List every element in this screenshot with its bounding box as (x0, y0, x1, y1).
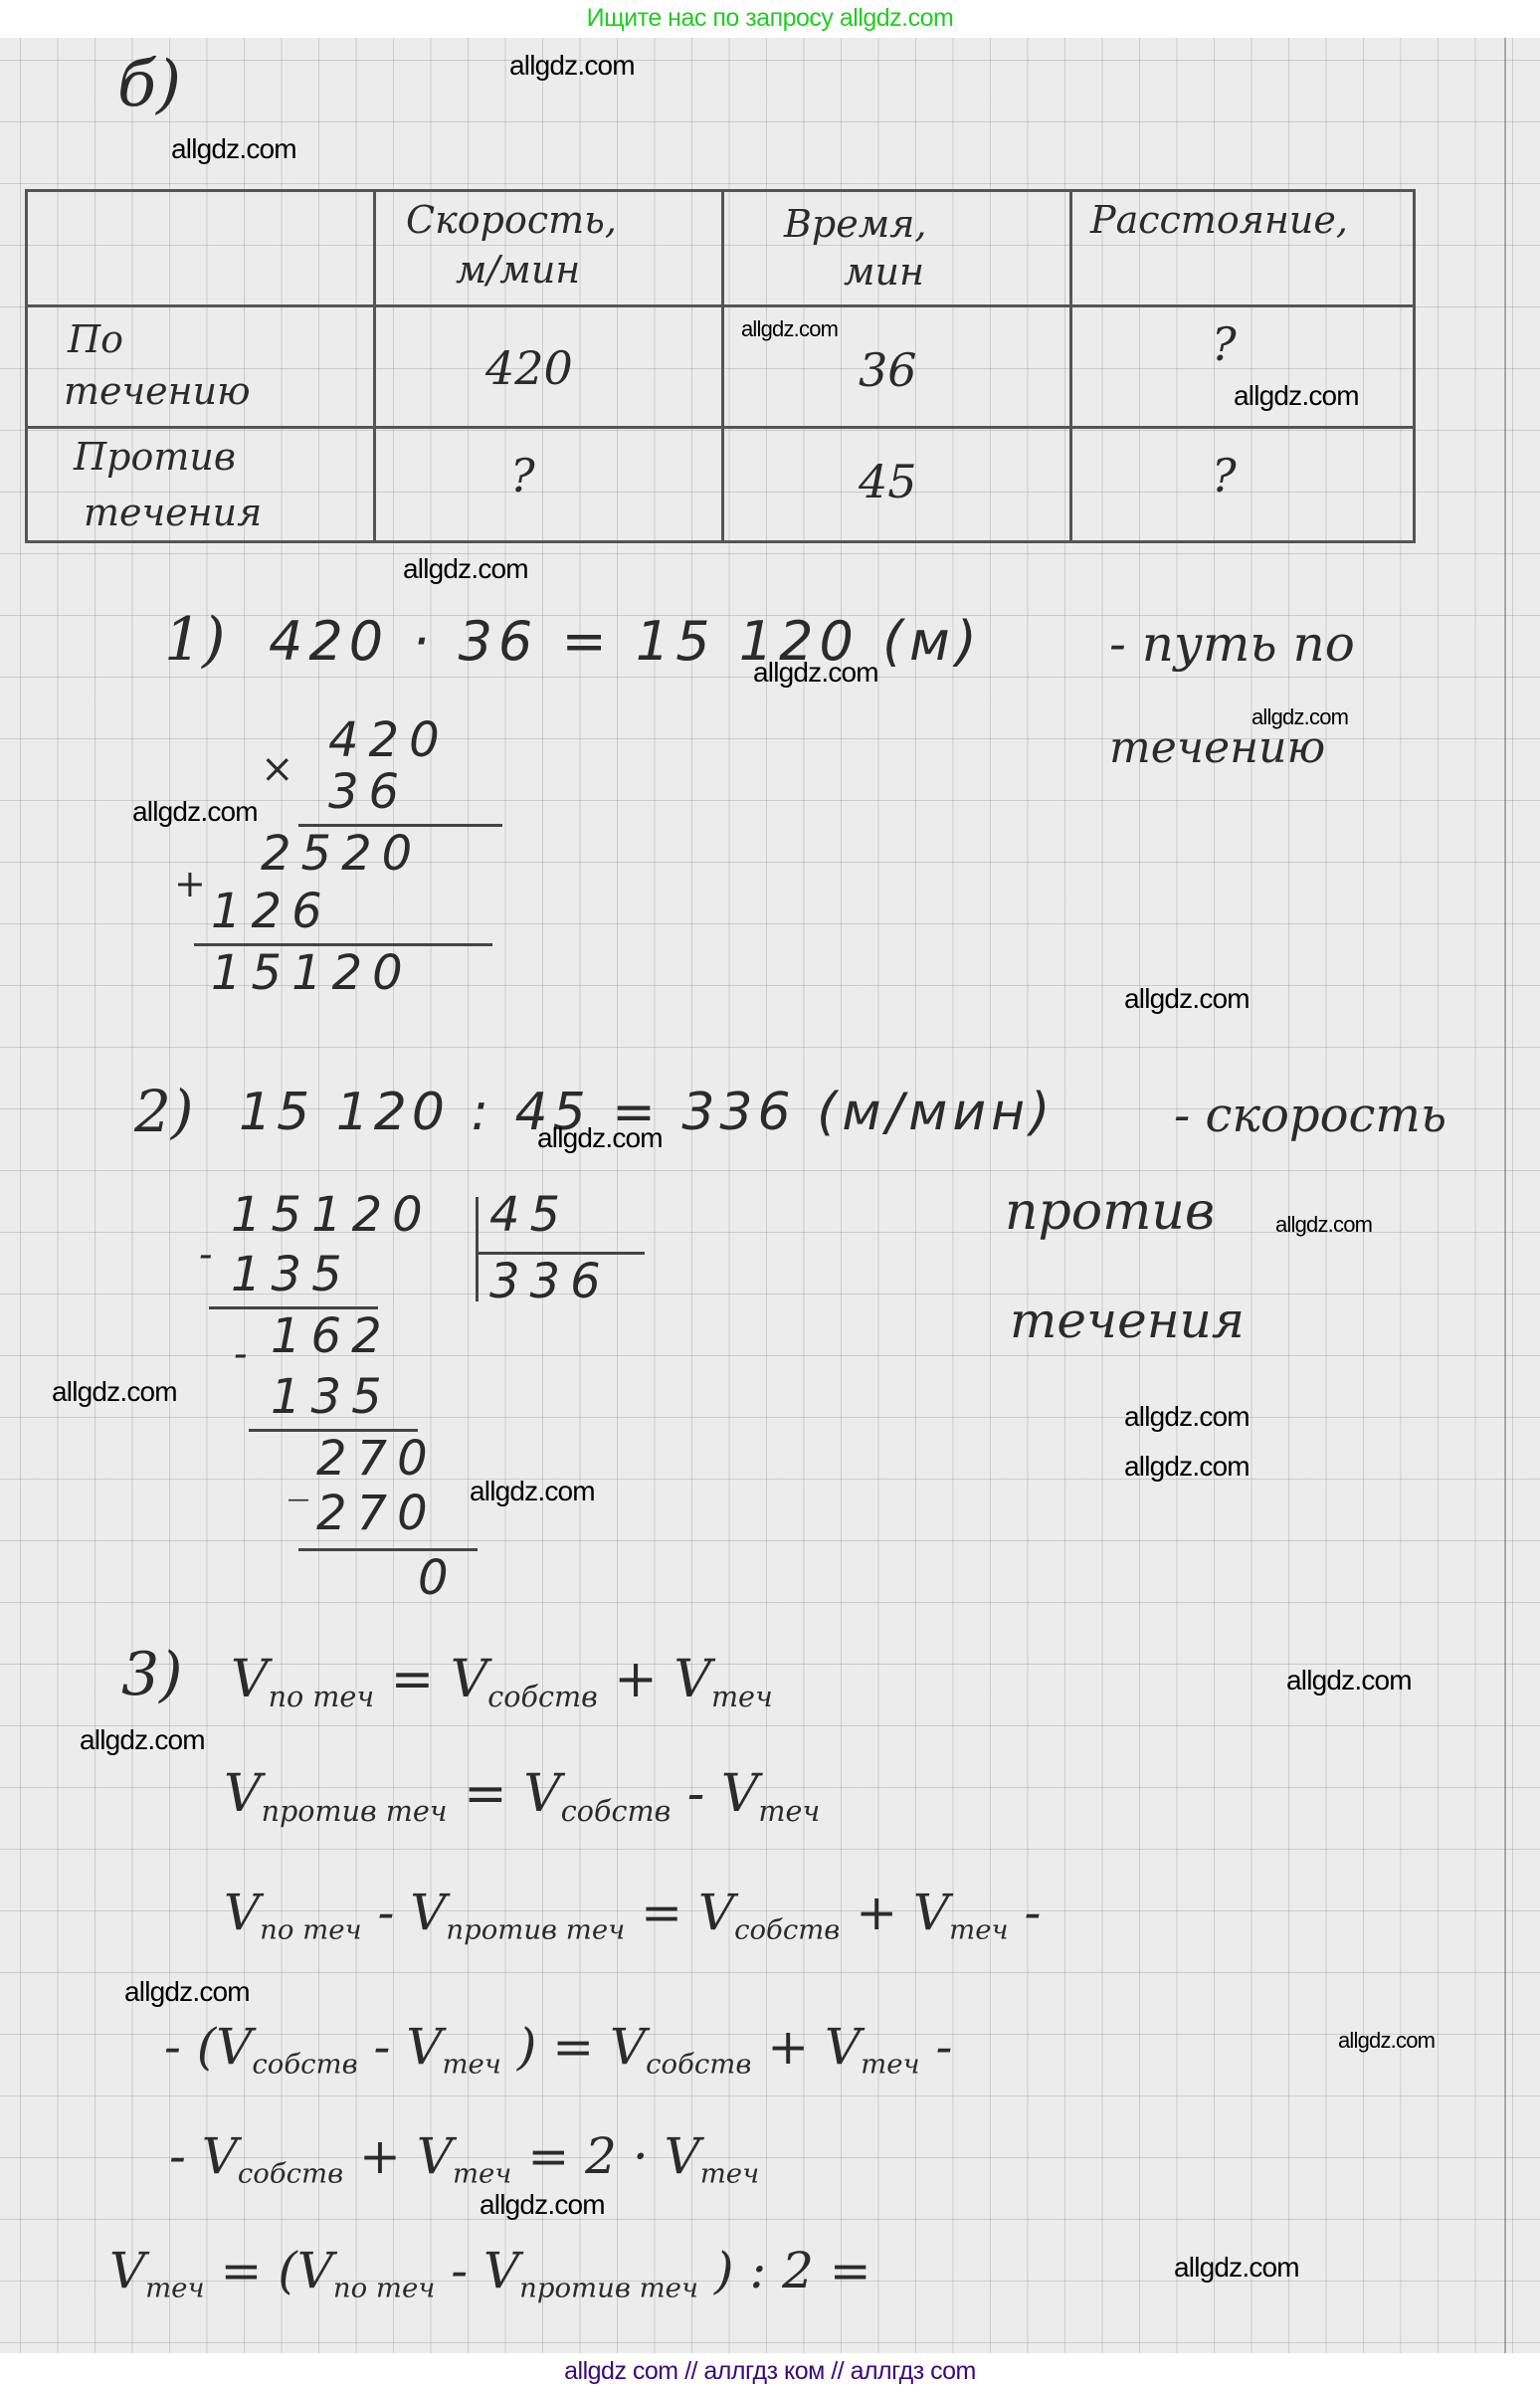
formula-line1: Vпо теч = Vсобств + Vтеч (231, 1650, 773, 1713)
step2-comment-line3: течения (1010, 1292, 1245, 1349)
division-subtrahend: 135 (271, 1369, 392, 1425)
time-value: 45 (859, 455, 917, 508)
step1-number: 1) (164, 605, 226, 675)
watermark: allgdz.com (1124, 1451, 1250, 1483)
division-bar (476, 1197, 479, 1301)
formula-line6: Vтеч = (Vпо теч - Vпротив теч ) : 2 = (109, 2242, 871, 2304)
term: + V (359, 2127, 453, 2185)
table-header-speed: Скорость, м/мин (376, 192, 724, 307)
header-time-line1: Время, (784, 202, 926, 246)
subscript: теч (758, 1794, 820, 1828)
watermark: allgdz.com (80, 1724, 205, 1756)
subscript: собств (561, 1794, 671, 1828)
subscript: теч (700, 2158, 759, 2190)
mult-partial2: 126 (211, 884, 332, 939)
row-label-line1: Против (74, 435, 236, 479)
step1-comment-line1: - путь по (1109, 615, 1355, 673)
mult-plus-sign: + (174, 862, 206, 905)
speed-value: ? (510, 449, 535, 502)
header-time-line2: мин (844, 250, 924, 294)
subscript: по теч (333, 2273, 435, 2304)
watermark: allgdz.com (132, 796, 258, 828)
watermark: allgdz.com (124, 1976, 250, 2008)
subscript: собств (487, 1680, 597, 1713)
term: - (V (164, 2018, 252, 2076)
term: - V (377, 1884, 446, 1941)
term: - V (169, 2127, 238, 2185)
subscript: теч (949, 1914, 1008, 1946)
term: - (936, 2018, 953, 2076)
term: ) = V (517, 2018, 646, 2076)
equals-v: = V (464, 1764, 561, 1824)
watermark: allgdz.com (1124, 983, 1250, 1015)
equals-v: = V (391, 1650, 488, 1709)
distance-value: ? (1212, 449, 1237, 502)
formula-line2: Vпротив теч = Vсобств - Vтеч (224, 1764, 820, 1828)
term: - V (451, 2242, 519, 2299)
step2-comment-line1: - скорость (1174, 1088, 1446, 1143)
term: ) : 2 = (714, 2242, 871, 2299)
division-subtrahend: 135 (231, 1247, 352, 1302)
formula-line5: - Vсобств + Vтеч = 2 · Vтеч (169, 2127, 759, 2190)
mult-partial1: 2520 (261, 826, 422, 882)
step2-comment-line2: против (1005, 1182, 1215, 1242)
row-label-upstream: Против течения (28, 429, 376, 540)
watermark: allgdz.com (741, 316, 838, 342)
cell-speed-downstream: 420 (376, 307, 724, 429)
division-quotient: 336 (489, 1254, 611, 1309)
table-header-distance: Расстояние, (1072, 192, 1413, 307)
row-label-downstream: По течению (28, 307, 376, 429)
row-label-line2: течения (84, 491, 262, 534)
subscript: теч (861, 2049, 919, 2081)
cell-speed-upstream: ? (376, 429, 724, 540)
division-remainder: 0 (418, 1550, 459, 1606)
subscript: собств (238, 2158, 343, 2190)
mult-result: 15120 (211, 945, 413, 1001)
step3-number: 3) (121, 1640, 183, 1709)
step2-number: 2) (134, 1078, 194, 1145)
speed-value: 420 (485, 341, 573, 395)
row-label-line1: По (68, 317, 123, 361)
subscript: собств (252, 2049, 357, 2081)
subscript: теч (442, 2049, 500, 2081)
top-banner: Ищите нас по запросу allgdz.com (0, 0, 1540, 38)
term: + V (856, 1884, 949, 1941)
term: V (224, 1884, 260, 1941)
division-remainder: 270 (316, 1431, 438, 1487)
term: = (V (220, 2242, 332, 2299)
header-speed-line1: Скорость, (406, 198, 617, 242)
watermark: allgdz.com (171, 133, 296, 165)
mult-top: 420 (328, 712, 450, 768)
mult-bottom: 36 (328, 764, 409, 820)
watermark: allgdz.com (537, 1122, 663, 1154)
term: V (109, 2242, 145, 2299)
plus-v: + V (614, 1650, 711, 1709)
subscript: по теч (269, 1680, 375, 1713)
time-value: 36 (859, 343, 917, 397)
watermark: allgdz.com (1251, 704, 1348, 730)
header-distance-line1: Расстояние, (1090, 198, 1348, 242)
cell-time-upstream: 45 (724, 429, 1072, 540)
header-speed-line2: м/мин (456, 248, 580, 292)
division-subtrahend: 270 (316, 1486, 438, 1541)
watermark: allgdz.com (1286, 1665, 1412, 1696)
minus-v: - V (687, 1764, 759, 1824)
subscript: теч (145, 2273, 204, 2304)
watermark: allgdz.com (753, 657, 878, 689)
minus-sign: _ (289, 1456, 308, 1501)
term: - (1025, 1884, 1042, 1941)
table-header-time: Время, мин (724, 192, 1072, 307)
watermark: allgdz.com (1124, 1401, 1250, 1433)
cell-distance-upstream: ? (1072, 429, 1413, 540)
watermark: allgdz.com (403, 553, 528, 585)
minus-sign: - (234, 1331, 248, 1377)
subscript: собств (734, 1914, 840, 1946)
notebook-page: б) allgdz.com allgdz.com Скорость, м/мин… (0, 38, 1540, 2353)
v-symbol: V (231, 1650, 269, 1709)
term: - V (374, 2018, 443, 2076)
division-divisor: 45 (489, 1187, 570, 1243)
term: = 2 · V (527, 2127, 699, 2185)
watermark: allgdz.com (1174, 2252, 1299, 2284)
watermark: allgdz.com (1234, 380, 1359, 412)
division-dividend: 15120 (231, 1187, 433, 1243)
term: = V (641, 1884, 734, 1941)
subscript: против теч (446, 1914, 625, 1946)
watermark: allgdz.com (509, 50, 635, 82)
watermark: allgdz.com (470, 1476, 595, 1507)
watermark: allgdz.com (1338, 2028, 1435, 2054)
subscript: теч (711, 1680, 773, 1713)
formula-line4: - (Vсобств - Vтеч ) = Vсобств + Vтеч - (164, 2018, 952, 2081)
mult-sign: × (261, 746, 294, 792)
watermark: allgdz.com (1275, 1212, 1372, 1238)
data-table: Скорость, м/мин Время, мин Расстояние, П… (25, 189, 1416, 543)
minus-sign: - (199, 1232, 213, 1278)
bottom-banner: allgdz com // аллгдз ком // аллгдз com (0, 2353, 1540, 2391)
table-header-empty (28, 192, 376, 307)
part-label: б) (117, 48, 181, 121)
watermark: allgdz.com (52, 1376, 177, 1408)
margin-line (1504, 38, 1506, 2353)
formula-line3: Vпо теч - Vпротив теч = Vсобств + Vтеч - (224, 1884, 1041, 1946)
subscript: собств (646, 2049, 751, 2081)
v-symbol: V (224, 1764, 262, 1824)
distance-value: ? (1212, 317, 1237, 371)
division-remainder: 162 (271, 1308, 392, 1364)
subscript: против теч (519, 2273, 698, 2304)
term: + V (767, 2018, 861, 2076)
subscript: по теч (260, 1914, 361, 1946)
row-label-line2: течению (64, 369, 251, 413)
subscript: против теч (262, 1794, 448, 1828)
subscript: теч (453, 2158, 511, 2190)
watermark: allgdz.com (480, 2189, 605, 2221)
